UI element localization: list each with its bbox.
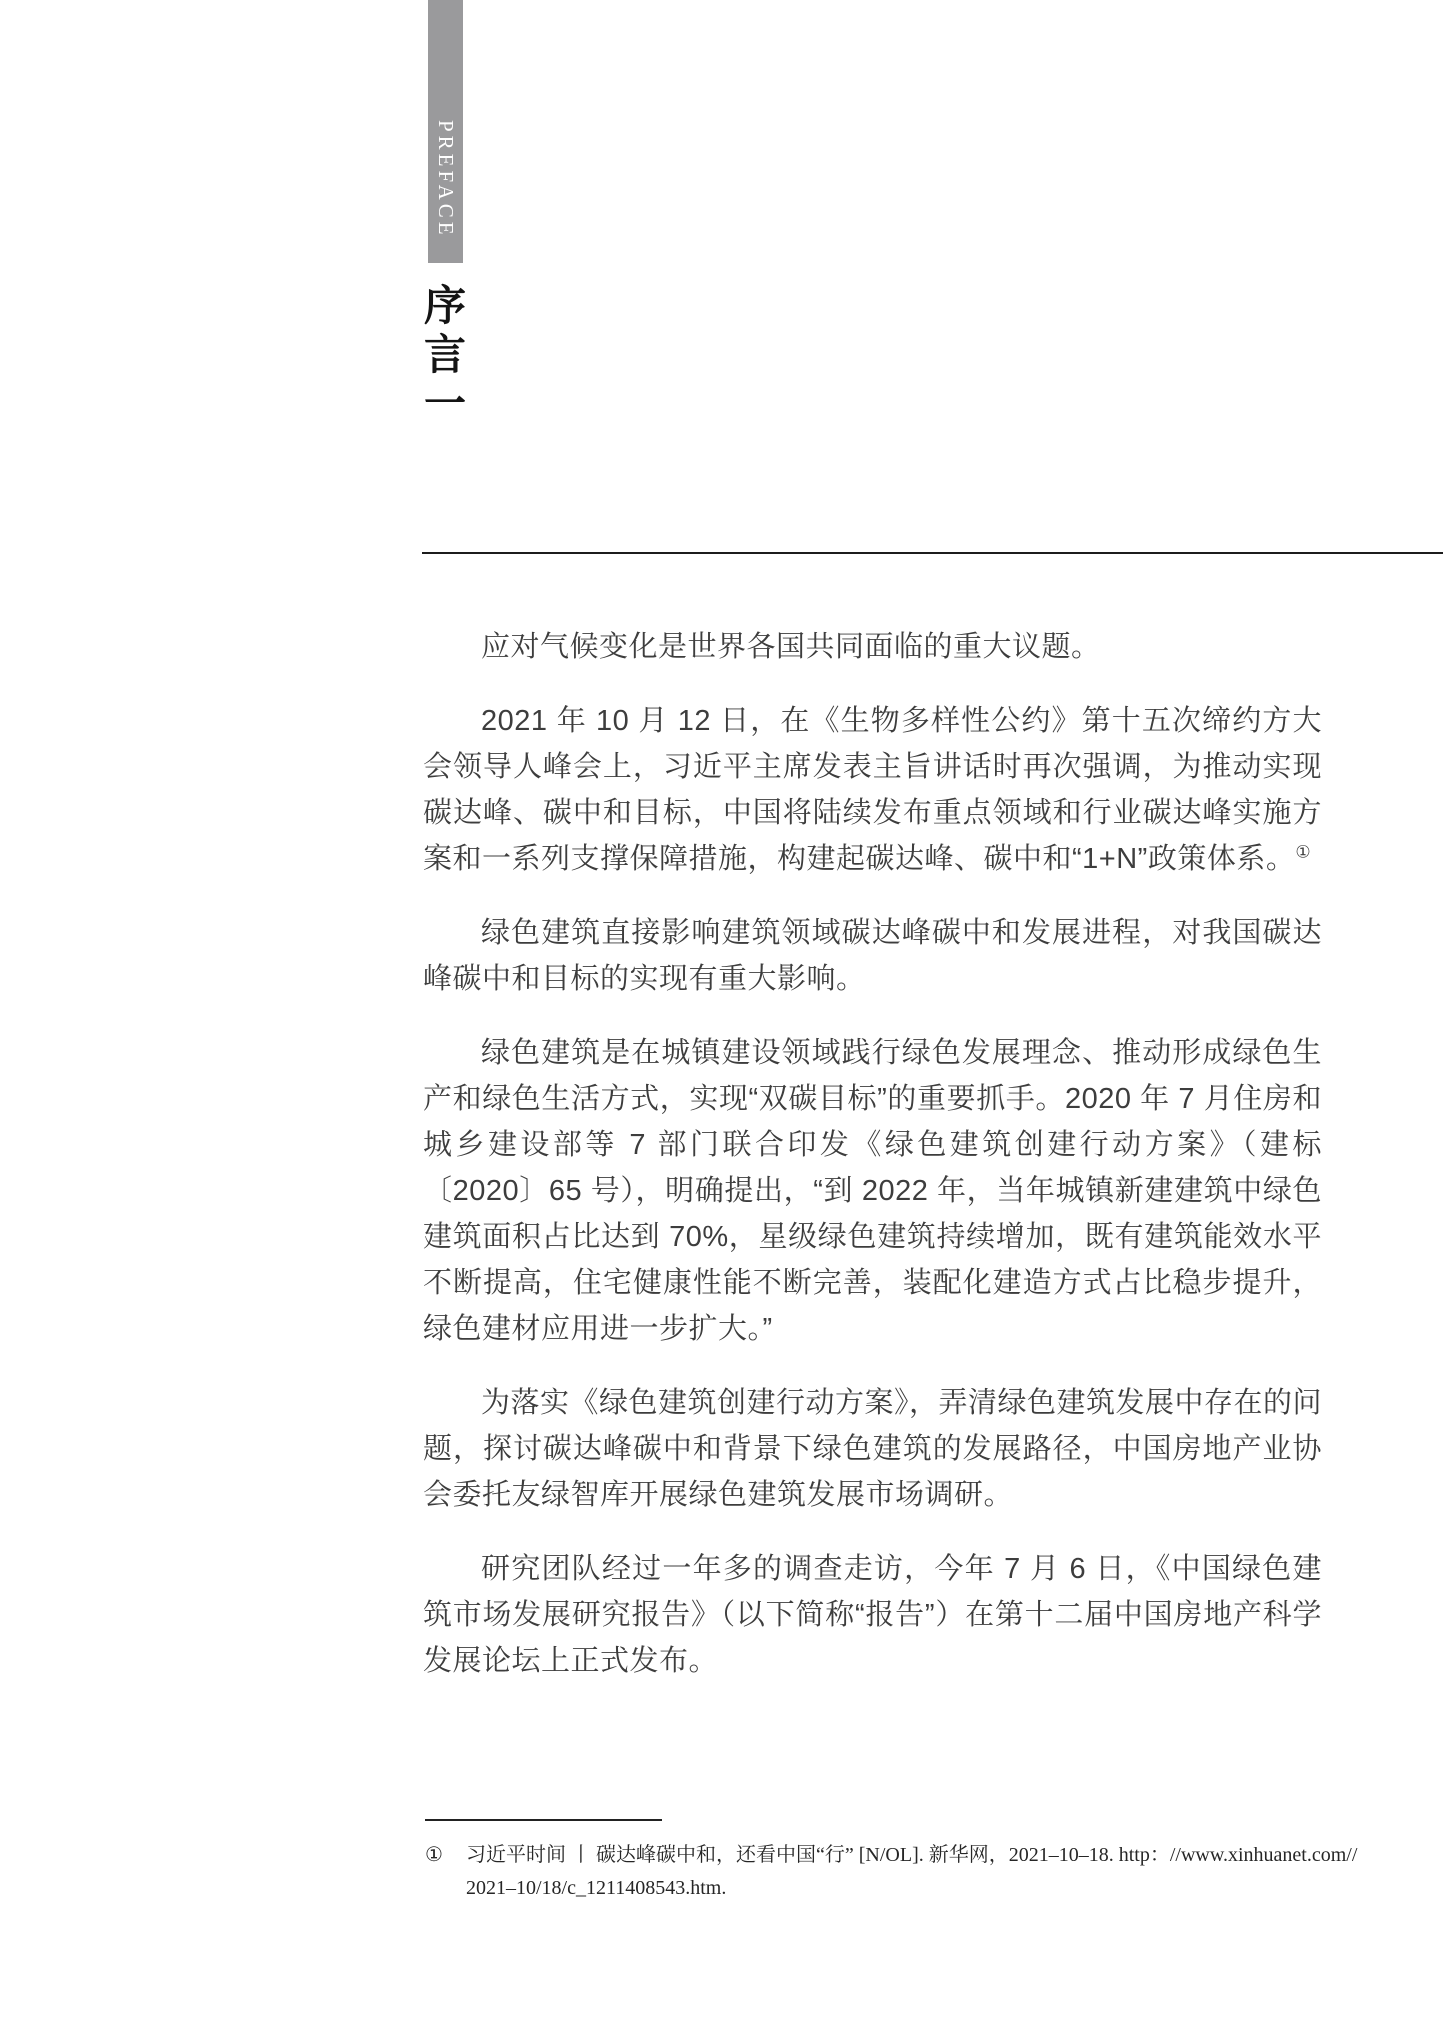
- footnote-divider-rule: [425, 1819, 662, 1821]
- footnote: ① 习近平时间 丨 碳达峰碳中和，还看中国“行” [N/OL]. 新华网，202…: [425, 1839, 1335, 1905]
- footnote-text-line: 习近平时间 丨 碳达峰碳中和，还看中国“行” [N/OL]. 新华网，2021–…: [466, 1839, 1335, 1872]
- paragraph-text: 2021 年 10 月 12 日，在《生物多样性公约》第十五次缔约方大会领导人峰…: [423, 705, 1322, 875]
- preface-tab: PREFACE: [428, 0, 463, 263]
- footnote-reference-marker: ①: [1295, 842, 1311, 861]
- footnote-marker: ①: [425, 1839, 443, 1872]
- paragraph-text: 应对气候变化是世界各国共同面临的重大议题。: [481, 631, 1101, 663]
- page-title: 序言一: [420, 283, 464, 430]
- paragraph: 应对气候变化是世界各国共同面临的重大议题。: [423, 624, 1322, 670]
- paragraph: 绿色建筑直接影响建筑领域碳达峰碳中和发展进程，对我国碳达峰碳中和目标的实现有重大…: [423, 910, 1322, 1002]
- paragraph: 为落实《绿色建筑创建行动方案》，弄清绿色建筑发展中存在的问题，探讨碳达峰碳中和背…: [423, 1380, 1322, 1518]
- paragraph-text: 研究团队经过一年多的调查走访，今年 7 月 6 日，《中国绿色建筑市场发展研究报…: [423, 1553, 1322, 1677]
- paragraph: 研究团队经过一年多的调查走访，今年 7 月 6 日，《中国绿色建筑市场发展研究报…: [423, 1546, 1322, 1684]
- title-divider-rule: [422, 552, 1443, 554]
- paragraph: 2021 年 10 月 12 日，在《生物多样性公约》第十五次缔约方大会领导人峰…: [423, 698, 1322, 882]
- paragraph-text: 绿色建筑直接影响建筑领域碳达峰碳中和发展进程，对我国碳达峰碳中和目标的实现有重大…: [423, 917, 1322, 995]
- body-text: 应对气候变化是世界各国共同面临的重大议题。 2021 年 10 月 12 日，在…: [423, 624, 1322, 1684]
- footnote-text-line: 2021–10/18/c_1211408543.htm.: [466, 1872, 1335, 1905]
- preface-tab-label: PREFACE: [433, 120, 458, 239]
- paragraph-text: 绿色建筑是在城镇建设领域践行绿色发展理念、推动形成绿色生产和绿色生活方式，实现“…: [423, 1037, 1322, 1345]
- paragraph: 绿色建筑是在城镇建设领域践行绿色发展理念、推动形成绿色生产和绿色生活方式，实现“…: [423, 1030, 1322, 1352]
- footnote-body: 习近平时间 丨 碳达峰碳中和，还看中国“行” [N/OL]. 新华网，2021–…: [466, 1839, 1335, 1905]
- paragraph-text: 为落实《绿色建筑创建行动方案》，弄清绿色建筑发展中存在的问题，探讨碳达峰碳中和背…: [423, 1387, 1322, 1511]
- document-page: PREFACE 序言一 应对气候变化是世界各国共同面临的重大议题。 2021 年…: [0, 0, 1449, 2033]
